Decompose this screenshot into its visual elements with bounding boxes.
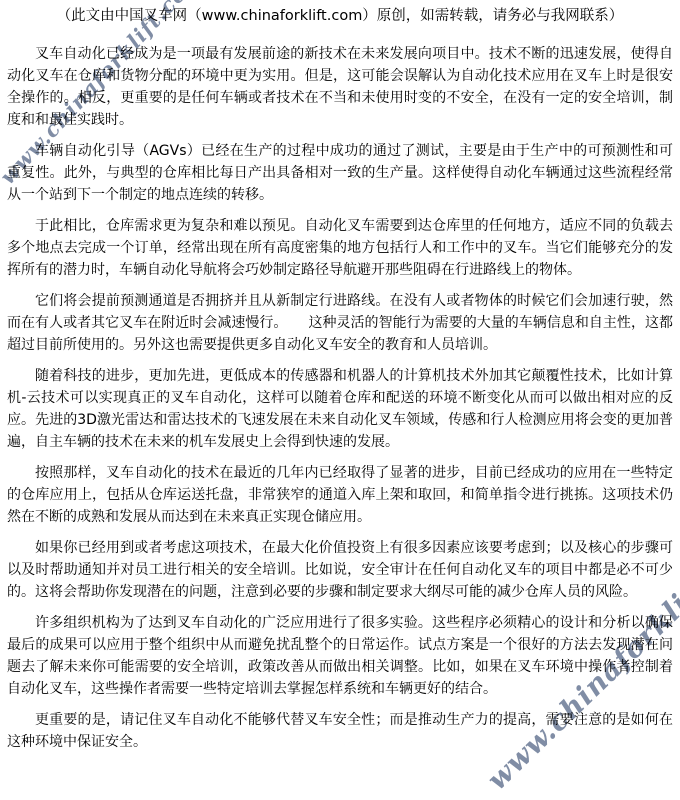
- paragraph-agvs: 车辆自动化引导（AGVs）已经在生产的过程中成功的通过了测试，主要是由于生产中的…: [7, 140, 673, 206]
- paragraph-recent-progress: 按照那样，叉车自动化的技术在最近的几年内已经取得了显著的进步，目前已经成功的应用…: [7, 462, 673, 528]
- source-attribution-line: （此文由中国叉车网（www.chinaforklift.com）原创，如需转载，…: [7, 6, 673, 26]
- paragraph-investment-factors: 如果你已经用到或者考虑这项技术，在最大化价值投资上有很多因素应该要考虑到；以及核…: [7, 537, 673, 603]
- paragraph-path-prediction: 它们将会提前预测通道是否拥挤并且从新制定行进路线。在没有人或者物体的时候它们会加…: [7, 290, 673, 356]
- article-content: （此文由中国叉车网（www.chinaforklift.com）原创，如需转载，…: [0, 0, 680, 753]
- paragraph-conclusion: 更重要的是，请记住叉车自动化不能够代替叉车安全性；而是推动生产力的提高，需要注意…: [7, 709, 673, 753]
- paragraph-technology-progress: 随着科技的进步，更加先进，更低成本的传感器和机器人的计算机技术外加其它颠覆性技术…: [7, 365, 673, 453]
- paragraph-intro: 叉车自动化已经成为是一项最有发展前途的新技术在未来发展向项目中。技术不断的迅速发…: [7, 43, 673, 131]
- paragraph-pilot-programs: 许多组织机构为了达到叉车自动化的广泛应用进行了很多实验。这些程序必须精心的设计和…: [7, 612, 673, 700]
- paragraph-warehouse-demand: 于此相比，仓库需求更为复杂和难以预见。自动化叉车需要到达仓库里的任何地方，适应不…: [7, 215, 673, 281]
- article-page: www.chinaforklift.com www.chinaforklift.…: [0, 0, 680, 800]
